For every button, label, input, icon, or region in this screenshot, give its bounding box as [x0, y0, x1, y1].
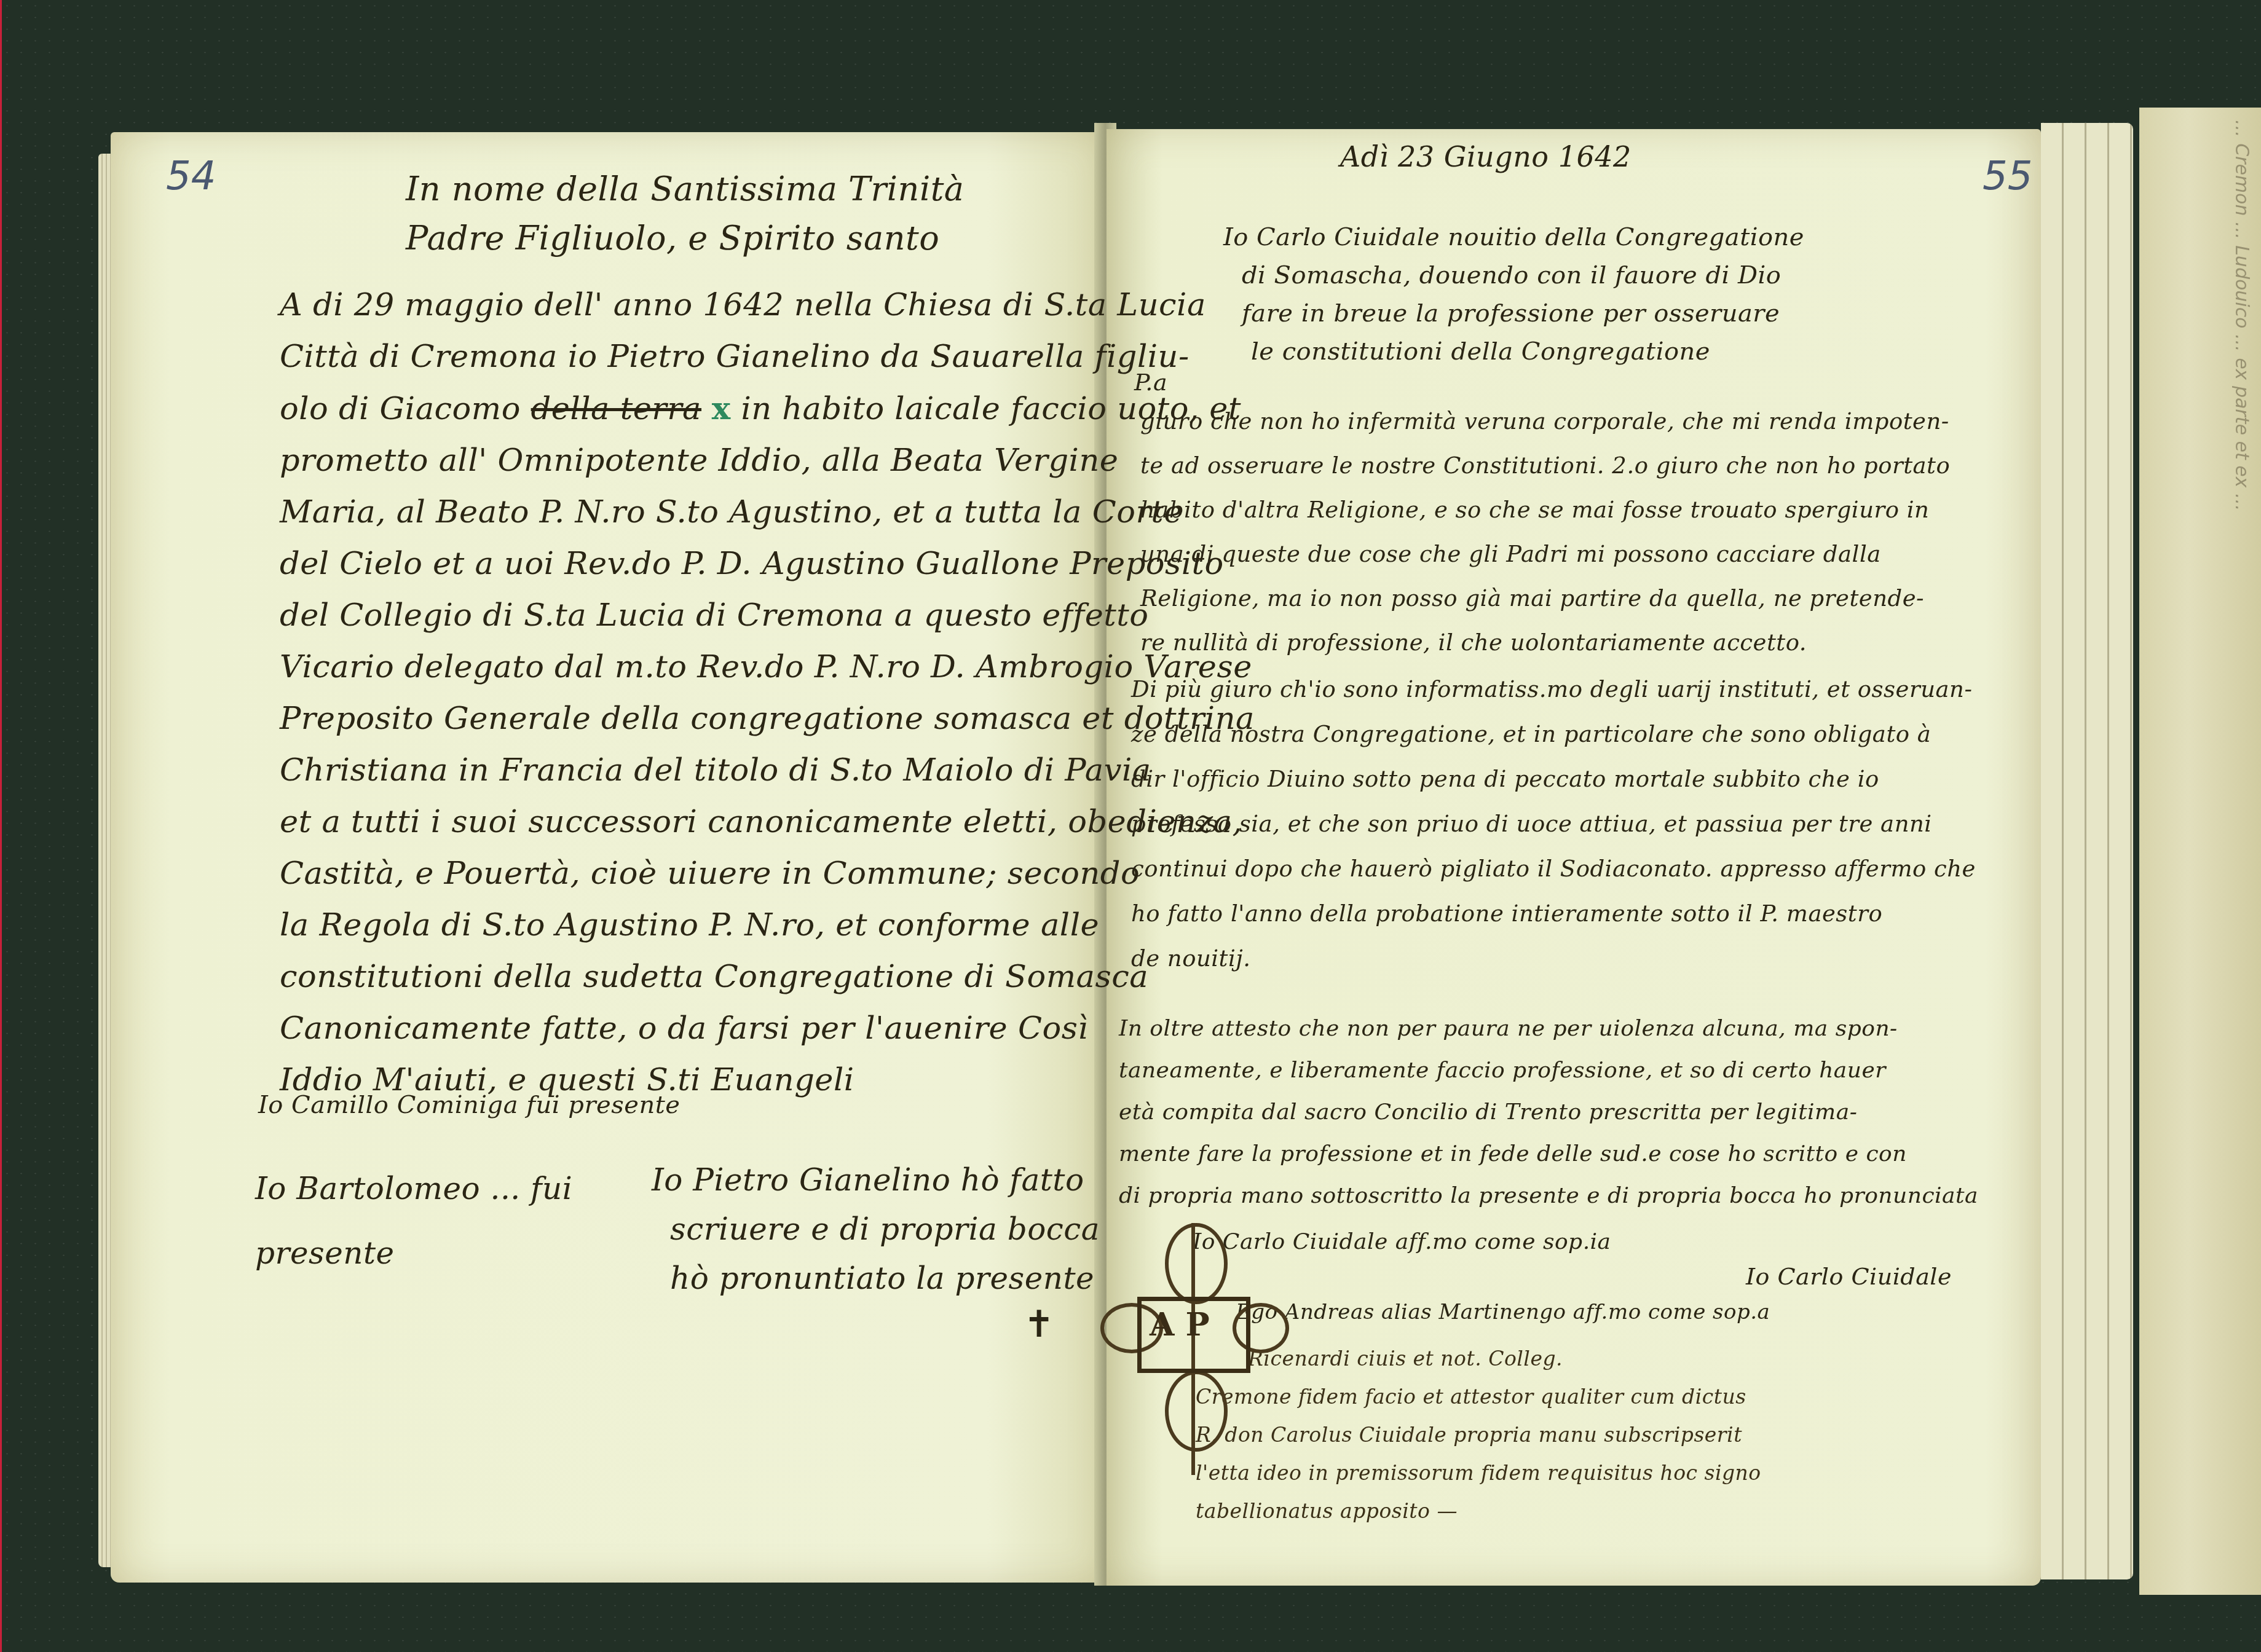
text-line: Vicario delegato dal m.to Rev.do P. N.ro…	[280, 642, 1255, 693]
text-line: mente fare la professione et in fede del…	[1119, 1133, 1978, 1175]
witness-signature-1: Io Camillo Cominiga fui presente	[258, 1091, 680, 1119]
sign-loop-bottom	[1165, 1371, 1228, 1452]
text-line: professo sia, et che son priuo di uoce a…	[1131, 801, 1976, 846]
text-line: taneamente, e liberamente faccio profess…	[1119, 1050, 1978, 1091]
text-line: et a tutti i suoi successori canonicamen…	[280, 796, 1255, 848]
heading-line: Padre Figliuolo, e Spirito santo	[406, 214, 965, 263]
declarant-statement: Io Pietro Gianelino hò fatto scriuere e …	[652, 1155, 1100, 1303]
witness-signature-2-cont: presente	[255, 1235, 395, 1271]
text-line: una di queste due cose che gli Padri mi …	[1140, 532, 1950, 576]
right-page-edges	[2041, 123, 2133, 1579]
text-line: ho fatto l'anno della probatione intiera…	[1131, 891, 1976, 936]
cross-mark-icon: ✝	[1024, 1303, 1054, 1346]
text-line: prometto all' Omnipotente Iddio, alla Be…	[280, 435, 1255, 487]
notarial-sign-icon: A P	[1100, 1223, 1285, 1481]
right-paragraph-1: giuro che non ho infermità veruna corpor…	[1140, 399, 1950, 665]
signature-ciuidale-2: Io Carlo Ciuidale	[1746, 1263, 1952, 1290]
right-date-line: Adì 23 Giugno 1642	[1340, 140, 1632, 173]
text-line: dir l'officio Diuino sotto pena di pecca…	[1131, 757, 1976, 801]
text-line: di propria mano sottoscritto la presente…	[1119, 1175, 1978, 1217]
sign-monogram: A P	[1150, 1306, 1210, 1343]
text-line: Canonicamente fatte, o da farsi per l'au…	[280, 1003, 1255, 1055]
text-line: A di 29 maggio dell' anno 1642 nella Chi…	[280, 280, 1255, 331]
paragraph-marker: P.a	[1134, 369, 1167, 396]
text-line: habito d'altra Religione, e so che se ma…	[1140, 488, 1950, 532]
folio-number-right: 55	[1983, 154, 2032, 199]
text-line: de nouitij.	[1131, 936, 1976, 981]
sign-loop-top	[1165, 1223, 1228, 1304]
text-line: tabellionatus apposito —	[1196, 1492, 1761, 1530]
text-line: età compita dal sacro Concilio di Trento…	[1119, 1091, 1978, 1133]
green-insertion-mark: x	[712, 390, 731, 427]
text-line: del Cielo et a uoi Rev.do P. D. Agustino…	[280, 538, 1255, 590]
text-line: Io Carlo Ciuidale nouitio della Congrega…	[1223, 218, 1804, 256]
text-line: re nullità di professione, il che uolont…	[1140, 621, 1950, 665]
right-intro: Io Carlo Ciuidale nouitio della Congrega…	[1223, 218, 1804, 371]
text-fragment: olo di Giacomo	[280, 391, 521, 427]
scan-edge-marker	[0, 0, 2, 1652]
text-line: constitutioni della sudetta Congregation…	[280, 951, 1255, 1003]
text-line: fare in breue la professione per osserua…	[1223, 294, 1804, 332]
left-body-text: A di 29 maggio dell' anno 1642 nella Chi…	[280, 280, 1255, 1106]
struck-text: della terra	[531, 391, 701, 427]
text-line: di Somascha, douendo con il fauore di Di…	[1223, 256, 1804, 294]
witness-signature-2: Io Bartolomeo ... fui	[255, 1171, 572, 1206]
text-line: del Collegio di S.ta Lucia di Cremona a …	[280, 590, 1255, 642]
inserted-folded-document: ... Cremon ... Ludouico ... ex parte et …	[2139, 108, 2261, 1595]
text-line: la Regola di S.to Agustino P. N.ro, et c…	[280, 900, 1255, 951]
text-line: scriuere e di propria bocca	[652, 1205, 1100, 1254]
right-paragraph-3: In oltre attesto che non per paura ne pe…	[1119, 1008, 1978, 1217]
right-paragraph-2: Di più giuro ch'io sono informatiss.mo d…	[1131, 667, 1976, 981]
text-line: Di più giuro ch'io sono informatiss.mo d…	[1131, 667, 1976, 712]
text-line: ze della nostra Congregatione, et in par…	[1131, 712, 1976, 757]
text-line: Castità, e Pouertà, cioè uiuere in Commu…	[280, 848, 1255, 900]
text-line: Città di Cremona io Pietro Gianelino da …	[280, 331, 1255, 383]
text-line: hò pronuntiato la presente	[652, 1254, 1100, 1303]
text-line: Preposito Generale della congregatione s…	[280, 693, 1255, 745]
text-line: Io Pietro Gianelino hò fatto	[652, 1155, 1100, 1205]
rotated-text: ... Cremon ... Ludouico ... ex parte et …	[2227, 120, 2256, 1564]
text-line: te ad osseruare le nostre Constitutioni.…	[1140, 444, 1950, 488]
heading-line: In nome della Santissima Trinità	[406, 165, 965, 214]
text-line: giuro che non ho infermità veruna corpor…	[1140, 399, 1950, 444]
left-heading: In nome della Santissima Trinità Padre F…	[406, 165, 965, 263]
text-line: olo di Giacomo della terra x in habito l…	[280, 383, 1255, 435]
text-line: le constitutioni della Congregatione	[1223, 332, 1804, 371]
text-line: continui dopo che hauerò pigliato il Sod…	[1131, 846, 1976, 891]
text-line: In oltre attesto che non per paura ne pe…	[1119, 1008, 1978, 1050]
text-line: Christiana in Francia del titolo di S.to…	[280, 745, 1255, 796]
text-line: Maria, al Beato P. N.ro S.to Agustino, e…	[280, 487, 1255, 538]
signature-martinengo: Ego Andreas alias Martinengo aff.mo come…	[1236, 1300, 1770, 1324]
text-line: Religione, ma io non posso già mai parti…	[1140, 576, 1950, 621]
folio-number-left: 54	[166, 154, 216, 199]
